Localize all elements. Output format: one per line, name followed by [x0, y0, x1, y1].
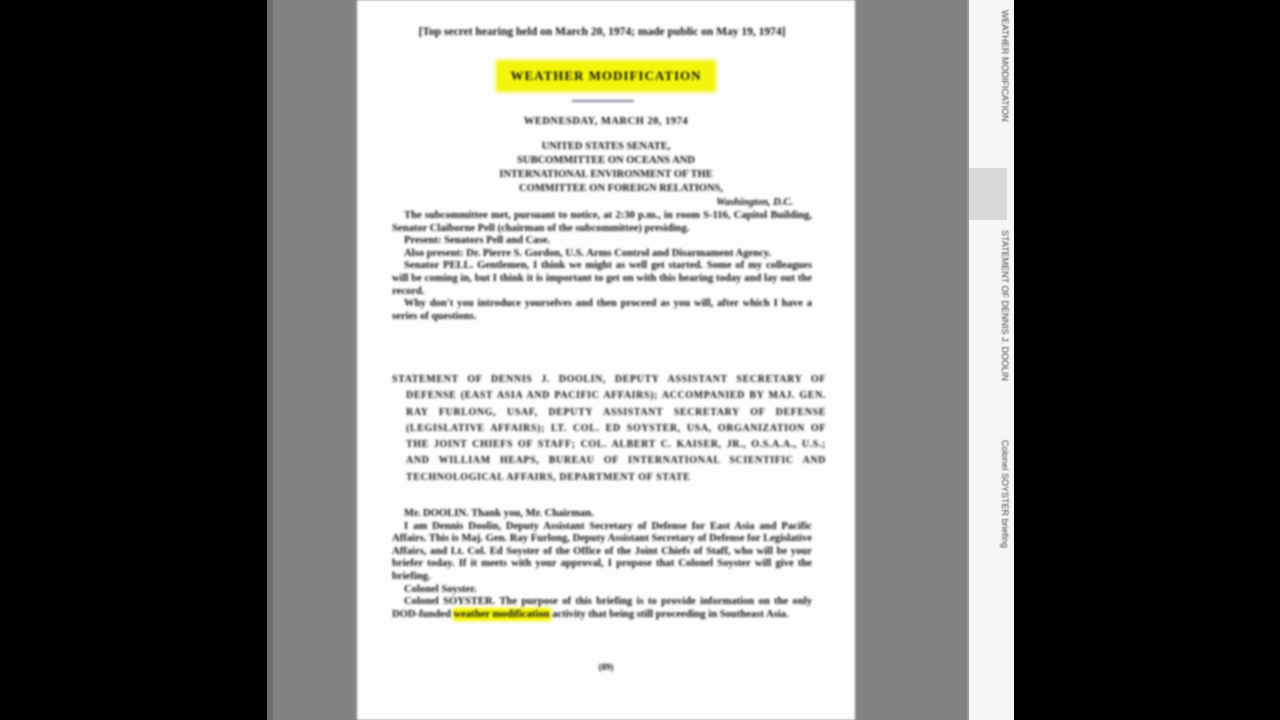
paragraph: Colonel Soyster.: [392, 584, 812, 597]
paragraph: I am Dennis Doolin, Deputy Assistant Sec…: [392, 521, 812, 584]
address-line: Washington, D.C.: [357, 196, 855, 210]
final-paragraph: Colonel SOYSTER. The purpose of this bri…: [392, 596, 812, 621]
letterbox-left: [0, 0, 267, 720]
closing-paragraphs: Mr. DOOLIN. Thank you, Mr. Chairman. I a…: [392, 508, 812, 621]
document-viewer[interactable]: [Top secret hearing held on March 20, 19…: [267, 0, 1012, 720]
address-line: INTERNATIONAL ENVIRONMENT OF THE: [357, 168, 855, 182]
committee-address: UNITED STATES SENATE, SUBCOMMITTEE ON OC…: [357, 140, 855, 210]
letterbox-right: [1012, 0, 1280, 720]
paragraph: Senator PELL. Gentlemen, I think we migh…: [392, 260, 812, 298]
hearing-date: WEDNESDAY, MARCH 20, 1974: [357, 116, 855, 127]
paragraph: The subcommittee met, pursuant to notice…: [392, 210, 812, 235]
thumbnail-text[interactable]: Colonel SOYSTER briefing: [1000, 440, 1010, 710]
paragraph: Why don't you introduce yourselves and t…: [392, 298, 812, 323]
title-container: WEATHER MODIFICATION: [357, 62, 855, 90]
title-underline-mark: [572, 100, 634, 102]
thumbnail-text[interactable]: STATEMENT OF DENNIS J. DOOLIN: [1000, 230, 1010, 420]
text-after-highlight: activity that being still proceeding in …: [550, 609, 789, 620]
selected-thumbnail[interactable]: [969, 168, 1007, 220]
paragraph: Also present: Dr. Pierre S. Gordon, U.S.…: [392, 248, 812, 261]
document-title-highlighted: WEATHER MODIFICATION: [498, 62, 713, 90]
paragraph: Mr. DOOLIN. Thank you, Mr. Chairman.: [392, 508, 812, 521]
document-page[interactable]: [Top secret hearing held on March 20, 19…: [357, 0, 855, 720]
address-line: COMMITTEE ON FOREIGN RELATIONS,: [357, 182, 855, 196]
address-line: UNITED STATES SENATE,: [357, 140, 855, 154]
publication-note: [Top secret hearing held on March 20, 19…: [392, 26, 812, 39]
page-number: (89): [357, 662, 855, 672]
viewer-edge: [267, 0, 273, 720]
highlighted-phrase: weather modification: [454, 609, 550, 620]
paragraph: Present: Senators Pell and Case.: [392, 235, 812, 248]
opening-paragraphs: The subcommittee met, pursuant to notice…: [392, 210, 812, 323]
statement-heading: STATEMENT OF DENNIS J. DOOLIN, DEPUTY AS…: [392, 372, 826, 486]
thumbnail-side-panel[interactable]: WEATHER MODIFICATION HEARING STATEMENT O…: [967, 0, 1014, 720]
thumbnail-text[interactable]: WEATHER MODIFICATION HEARING: [1000, 10, 1010, 160]
address-line: SUBCOMMITTEE ON OCEANS AND: [357, 154, 855, 168]
